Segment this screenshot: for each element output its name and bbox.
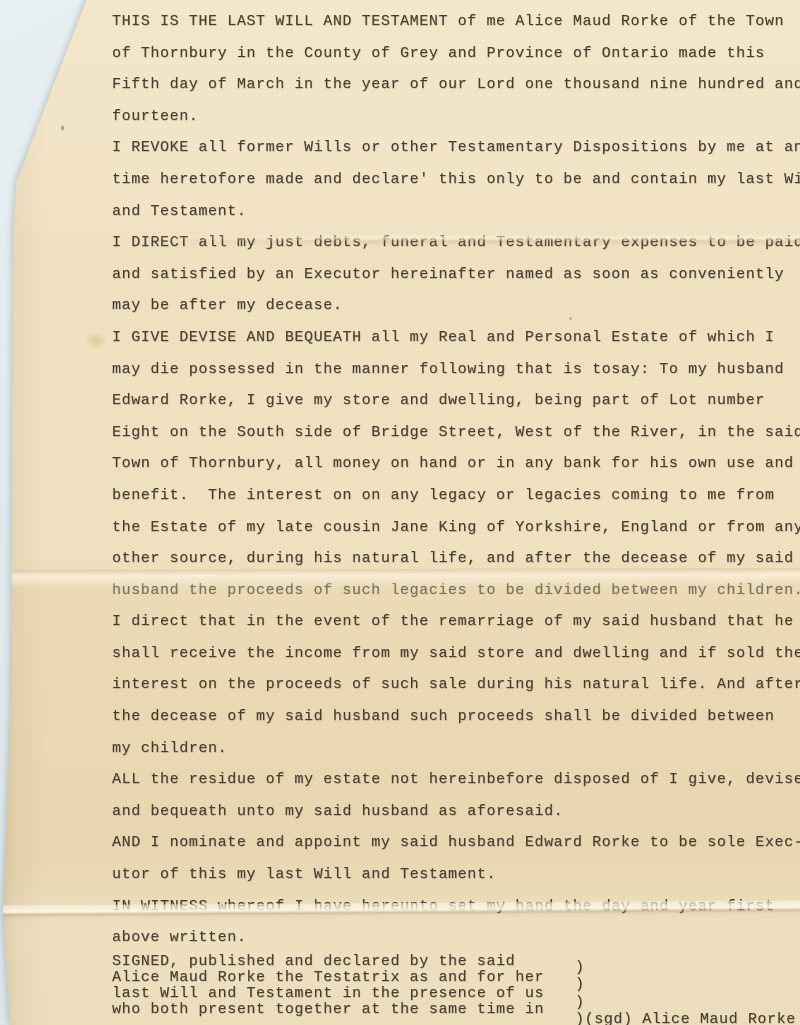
attestation-line: SIGNED, published and declared by the sa… (112, 954, 800, 970)
text-line: the decease of my said husband such proc… (112, 701, 800, 733)
text-line: interest on the proceeds of such sale du… (112, 669, 800, 701)
text-line: may die possessed in the manner followin… (112, 354, 800, 386)
paper-stain (84, 332, 108, 349)
text-line: Eight on the South side of Bridge Street… (112, 417, 800, 449)
paper-shadow-wrap: THIS IS THE LAST WILL AND TESTAMENT of m… (0, 0, 800, 1025)
text-line: and bequeath unto my said husband as afo… (112, 796, 800, 828)
text-line: I direct that in the event of the remarr… (112, 606, 800, 638)
text-line: other source, during his natural life, a… (112, 543, 800, 575)
text-line: of Thornbury in the County of Grey and P… (112, 38, 800, 70)
attestation-line: Alice Maud Rorke the Testatrix as and fo… (112, 970, 800, 986)
paper-speck (61, 126, 64, 130)
text-line: I REVOKE all former Wills or other Testa… (112, 132, 800, 164)
text-line: I DIRECT all my just debts, funeral and … (112, 227, 800, 259)
attestation-bracket: ) (575, 976, 585, 993)
attestation-block: SIGNED, published and declared by the sa… (112, 954, 800, 1018)
paper-left-edge-shade (0, 0, 60, 1025)
text-line: benefit. The interest on on any legacy o… (112, 480, 800, 512)
text-line: the Estate of my late cousin Jane King o… (112, 512, 800, 544)
attestation-bracket: ) (575, 959, 585, 976)
attestation-line: last Will and Testament in the presence … (112, 986, 800, 1002)
text-line: Town of Thornbury, all money on hand or … (112, 448, 800, 480)
attestation-left-lines: SIGNED, published and declared by the sa… (112, 954, 800, 1018)
text-line: and Testament. (112, 196, 800, 228)
text-line: shall receive the income from my said st… (112, 638, 800, 670)
paper-sheet: THIS IS THE LAST WILL AND TESTAMENT of m… (0, 0, 800, 1025)
text-line: fourteen. (112, 101, 800, 133)
will-body-text: THIS IS THE LAST WILL AND TESTAMENT of m… (112, 6, 800, 954)
text-line: THIS IS THE LAST WILL AND TESTAMENT of m… (112, 6, 800, 38)
text-line: and satisfied by an Executor hereinafter… (112, 259, 800, 291)
text-line: AND I nominate and appoint my said husba… (112, 827, 800, 859)
text-line: I GIVE DEVISE AND BEQUEATH all my Real a… (112, 322, 800, 354)
text-line: may be after my decease. (112, 290, 800, 322)
text-line: ALL the residue of my estate not hereinb… (112, 764, 800, 796)
scanned-document: THIS IS THE LAST WILL AND TESTAMENT of m… (0, 0, 800, 1025)
text-line: above written. (112, 922, 800, 954)
signature-line: )(sgd) Alice Maud Rorke (575, 1011, 796, 1025)
text-line: time heretofore made and declare' this o… (112, 164, 800, 196)
text-line: husband the proceeds of such legacies to… (112, 575, 800, 607)
text-line: Fifth day of March in the year of our Lo… (112, 69, 800, 101)
text-line: IN WITNESS whereof I have hereunto set m… (112, 891, 800, 923)
attestation-bracket: ) (575, 994, 585, 1011)
text-line: Edward Rorke, I give my store and dwelli… (112, 385, 800, 417)
text-line: utor of this my last Will and Testament. (112, 859, 800, 891)
text-line: my children. (112, 733, 800, 765)
